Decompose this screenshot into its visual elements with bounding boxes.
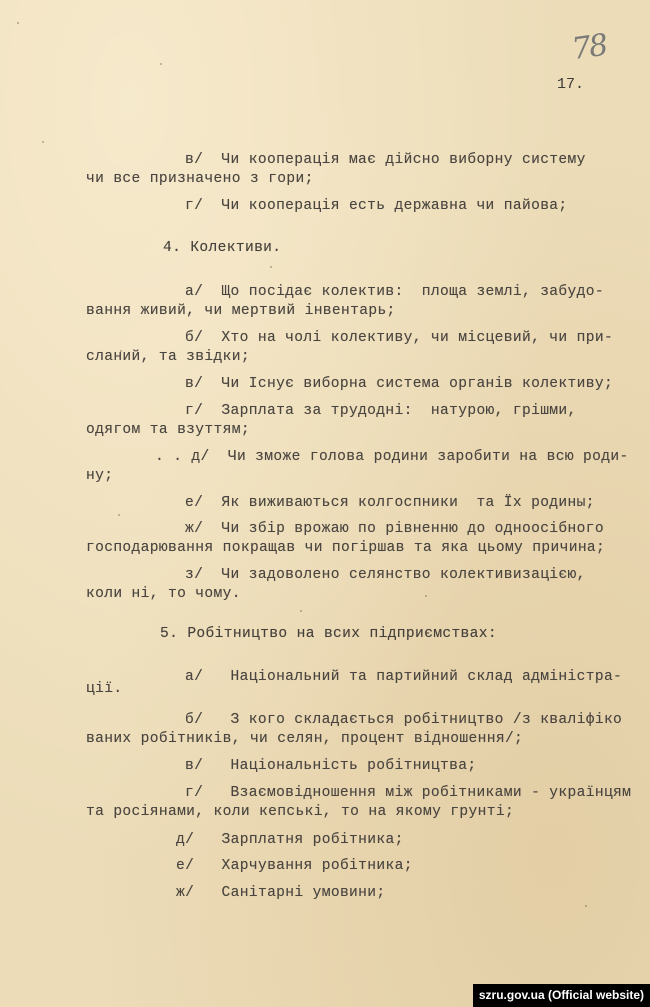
paper-speck [160,63,162,65]
item-h-cooperation: г/ Чи кооперація есть державна чи пайова… [185,198,568,214]
item-d-collectives-line-2: ну; [86,468,113,484]
item-b-collectives-line-2: сланий, та звідки; [86,349,250,365]
item-h-collectives-line-2: одягом та взуттям; [86,422,250,438]
paper-speck [425,595,427,597]
paper-speck [118,514,120,516]
item-z-collectives-line-2: коли ні, то чому. [86,586,241,602]
item-a-collectives-line-2: вання живий, чи мертвий інвентарь; [86,303,396,319]
paper-speck [17,22,19,24]
item-z-collectives-line-1: з/ Чи задоволено селянство колективизаці… [185,567,586,583]
document-page: 78 17. в/ Чи кооперація має дійсно вибор… [0,0,650,1007]
item-e-workers: е/ Харчування робітника; [176,858,413,874]
item-e-collectives: е/ Як виживаються колгоспники та Їх роди… [185,495,595,511]
item-d-workers: д/ Зарплатня робітника; [176,832,404,848]
paper-speck [42,141,44,143]
item-h-workers-line-1: г/ Взаємовідношення між робітниками - ук… [185,785,631,801]
item-v-cooperation-line-2: чи все призначено з гори; [86,171,314,187]
item-b-collectives-line-1: б/ Хто на чолі колективу, чи місцевий, ч… [185,330,613,346]
item-zh-collectives-line-1: ж/ Чи збір врожаю по рівненню до одноосі… [185,521,604,537]
item-a-collectives-line-1: а/ Що посідає колектив: площа землі, заб… [185,284,604,300]
item-v-collectives: в/ Чи Існує виборна система органів коле… [185,376,613,392]
section-heading-collectives: 4. Колективи. [163,240,281,256]
item-a-workers-line-1: а/ Національний та партийний склад адмін… [185,669,622,685]
item-zh-workers: ж/ Санітарні умовини; [176,885,385,901]
item-h-workers-line-2: та росіянами, коли кепські, то на якому … [86,804,514,820]
paper-speck [120,350,122,352]
handwritten-folio-number: 78 [570,28,609,67]
section-heading-workers: 5. Робітництво на всих підприємствах: [160,626,497,642]
item-d-collectives-line-1: . . д/ Чи зможе голова родини заробити н… [155,449,629,465]
paper-speck [300,610,302,612]
item-h-collectives-line-1: г/ Зарплата за трудодні: натурою, грішми… [185,403,577,419]
item-b-workers-line-1: б/ З кого складається робітництво /з ква… [185,712,622,728]
paper-speck [270,266,272,268]
item-v-cooperation-line-1: в/ Чи кооперація має дійсно виборну сист… [185,152,586,168]
item-v-workers: в/ Національність робітництва; [185,758,476,774]
page-number: 17. [557,76,584,93]
source-watermark: szru.gov.ua (Official website) [473,984,650,1007]
item-zh-collectives-line-2: господарювання покращав чи погіршав та я… [86,540,605,556]
item-b-workers-line-2: ваних робітників, чи селян, процент відн… [86,731,523,747]
item-a-workers-line-2: ції. [86,681,122,697]
paper-speck [585,905,587,907]
